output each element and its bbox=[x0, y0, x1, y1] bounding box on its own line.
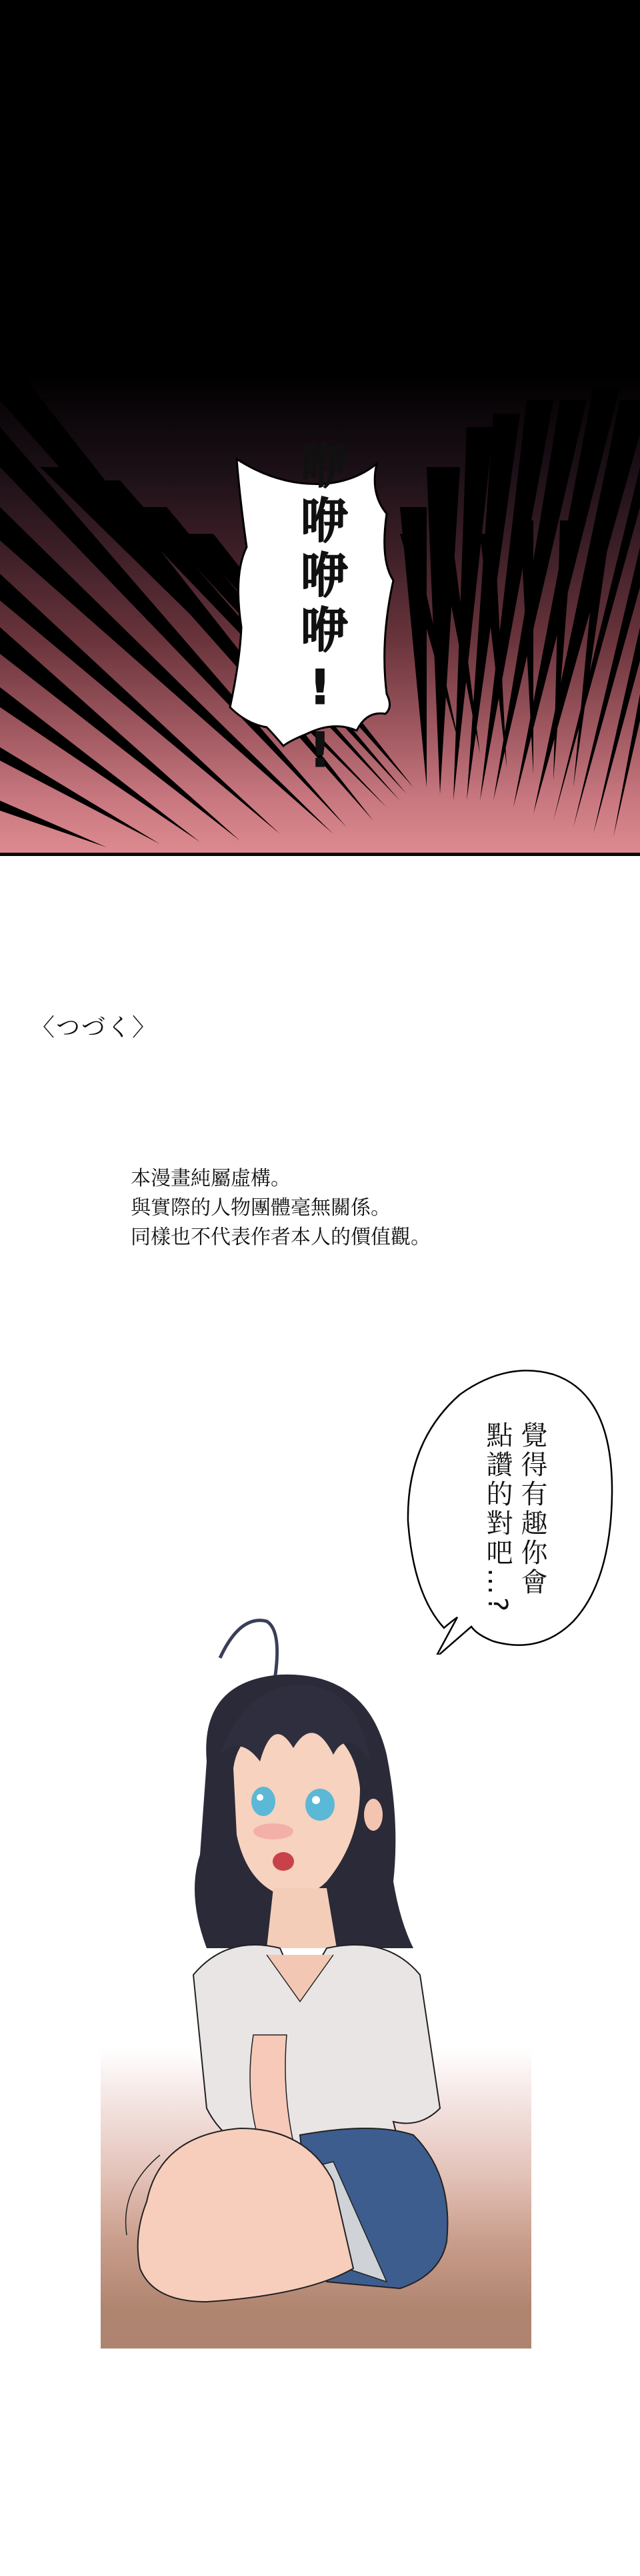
burst-panel: 咿咿咿咿!! bbox=[0, 0, 640, 853]
speech-line: 覺得有趣你會 bbox=[515, 1421, 549, 1621]
disclaimer-line: 同樣也不代表作者本人的價值觀。 bbox=[131, 1223, 557, 1252]
shout-text: 咿咿咿咿!! bbox=[287, 440, 353, 785]
speech-line: 點讚的對吧…? bbox=[480, 1421, 515, 1621]
kneeling-girl-illustration bbox=[107, 1601, 533, 2335]
panel-border bbox=[0, 853, 640, 856]
speech-text: 覺得有趣你會 點讚的對吧…? bbox=[480, 1421, 549, 1621]
to-be-continued-label: 〈つづく〉 bbox=[31, 1009, 157, 1043]
disclaimer-line: 與實際的人物團體毫無關係。 bbox=[131, 1194, 557, 1223]
disclaimer: 本漫畫純屬虛構。 與實際的人物團體毫無關係。 同樣也不代表作者本人的價值觀。 bbox=[131, 1164, 557, 1252]
disclaimer-line: 本漫畫純屬虛構。 bbox=[131, 1164, 557, 1194]
